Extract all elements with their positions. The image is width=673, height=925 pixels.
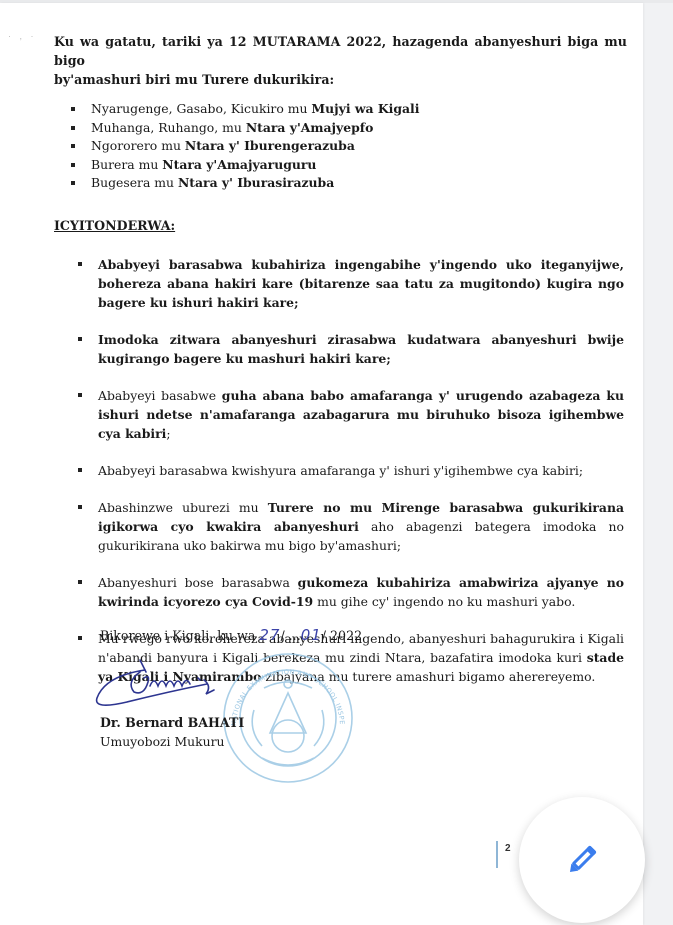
- page-number: 2: [505, 843, 511, 854]
- document-page[interactable]: · , · Ku wa gatatu, tariki ya 12 MUTARAM…: [0, 3, 643, 925]
- signatory-name: Dr. Bernard BAHATI: [100, 715, 244, 730]
- place-date-line: Bikorewe i Kigali, ku wa 27/ ...01/ 2022: [100, 626, 362, 644]
- intro-line-1: Ku wa gatatu, tariki ya 12 MUTARAMA 2022…: [54, 32, 627, 70]
- note-item: Ababyeyi barasabwa kubahiriza ingengabih…: [76, 255, 624, 312]
- notes-list: Ababyeyi barasabwa kubahiriza ingengabih…: [54, 255, 624, 686]
- pencil-icon: [562, 840, 602, 880]
- signatory-title: Umuyobozi Mukuru: [100, 734, 225, 749]
- document-body: Ku wa gatatu, tariki ya 12 MUTARAMA 2022…: [54, 32, 627, 704]
- region-item: Ngororero mu Ntara y' Iburengerazuba: [69, 137, 627, 156]
- note-item: Abashinzwe uburezi mu Turere no mu Miren…: [76, 498, 624, 555]
- note-item: Ababyeyi basabwe guha abana babo amafara…: [76, 386, 624, 443]
- handwritten-signature: [90, 658, 240, 718]
- handwritten-month: 01: [301, 626, 322, 644]
- edit-fab-button[interactable]: [519, 797, 645, 923]
- region-item: Bugesera mu Ntara y' Iburasirazuba: [69, 174, 627, 193]
- scan-specks: · , ·: [8, 31, 37, 41]
- regions-list: Nyarugenge, Gasabo, Kicukiro mu Mujyi wa…: [54, 100, 627, 193]
- region-item: Burera mu Ntara y'Amajyaruguru: [69, 156, 627, 175]
- note-item: Ababyeyi barasabwa kwishyura amafaranga …: [76, 461, 624, 480]
- page-marker-bar: [496, 841, 498, 868]
- note-item: Imodoka zitwara abanyeshuri zirasabwa ku…: [76, 330, 624, 368]
- region-item: Nyarugenge, Gasabo, Kicukiro mu Mujyi wa…: [69, 100, 627, 119]
- note-item: Abanyeshuri bose barasabwa gukomeza kuba…: [76, 573, 624, 611]
- intro-line-2: by'amashuri biri mu Turere dukurikira:: [54, 70, 627, 89]
- notes-heading: ICYITONDERWA:: [54, 216, 627, 235]
- region-item: Muhanga, Ruhango, mu Ntara y'Amajyepfo: [69, 119, 627, 138]
- intro-paragraph: Ku wa gatatu, tariki ya 12 MUTARAMA 2022…: [54, 32, 627, 89]
- handwritten-day: 27: [259, 626, 280, 644]
